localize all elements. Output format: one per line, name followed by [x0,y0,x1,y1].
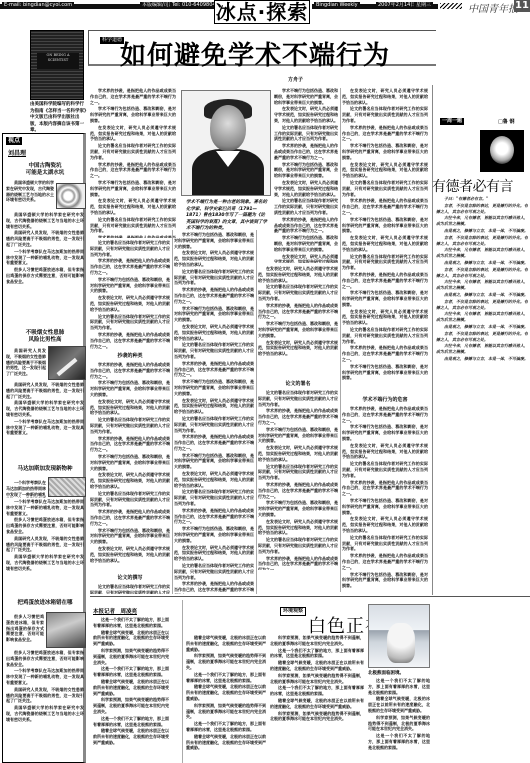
paragraph: 论文的署名应当体现作者对研究工作的实际贡献，只有对研究做出实质性贡献的人才应当列… [258,284,338,301]
paragraph: 学术界的抄袭，是指把他人的作品或成果当作自己的，这在学术界是最严重的学术不端行为… [342,553,428,570]
header-date: 2007年2月14日 [376,2,417,9]
bottom-article-author: 本报记者 周凌亮 [93,607,137,615]
paragraph: 科学家预测，如果气候变暖的趋势得不到遏制，北极的夏季海冰可能在本世纪内完全消失。 [270,673,364,685]
paragraph: 学术界的抄袭，是指把他人的作品或成果当作自己的，这在学术界是最严重的学术不端行为… [274,217,338,234]
paragraph: 由是观之，修德与立言，本是一体，不可偏废。 [436,228,528,234]
paragraph: 学术不端行为包括伪造、篡改和剽窃，是对科学研究的严重背离，会给科学事业带来巨大的… [258,500,338,517]
paragraph: 很多人习惯把鸡蛋放进冰箱，但专家指出鸡蛋的保存方式需要注意，否则可能影响食品安全… [6,267,84,284]
paragraph: 随着全球气候变暖，北极的冰层正在以前所未有的速度融化，北极熊的生存环境受到严重威… [186,734,266,751]
paragraph: 古往今来，凡有德者，皆能以其言行感召他人，成为后世之楷模。 [436,279,528,291]
paragraph: 科学家预测，如果气候变暖的趋势得不到遏制，北极的夏季海冰可能在本世纪内完全消失。 [186,703,266,720]
sidebar-item-body: 美国华盛顿大学的科学家在研究中发现，古代陶瓷器的烧制工艺与当地的水土环境有密切关… [6,180,54,210]
paragraph: 随着全球气候变暖，北极的冰层正在以前所未有的速度融化，北极熊的生存环境受到严重威… [270,698,364,710]
paragraph: 学术不端行为包括伪造、篡改和剽窃，是对科学研究的严重背离，会给科学事业带来巨大的… [274,235,338,252]
paragraph: 学术不端行为包括伪造、篡改和剽窃，是对科学研究的严重背离，会给科学事业带来巨大的… [274,162,338,179]
fossil-image [48,477,86,497]
paragraph: 在发表论文时，研究人员必须遵守学术规范，如实报告研究过程和结果，对他人的贡献给予… [174,471,254,488]
column-title: 有德者必有言 [432,176,513,196]
paragraph: 在发表论文时，研究人员必须遵守学术规范，如实报告研究过程和结果，对他人的贡献给予… [258,266,338,283]
paragraph: 一个科学考察队在马达加斯加的热带雨林中发现了一种新的哺乳动物，这一发现具有重要意… [6,249,84,266]
paragraph: 古往今来，凡有德者，皆能以其言行感召他人，成为后世之楷模。 [436,215,528,227]
column-author: □鲁 钢 [498,118,514,125]
paragraph: 学术界的抄袭，是指把他人的作品或成果当作自己的，这在学术界是最严重的学术不端行为… [342,198,428,215]
paragraph: 学术界的抄袭，是指把他人的作品或成果当作自己的，这在学术界是最严重的学术不端行为… [174,581,254,594]
paragraph: 论文的署名应当体现作者对研究工作的实际贡献，只有对研究做出实质性贡献的人才应当列… [90,240,170,257]
section-title: 冰点·探索 [214,0,310,24]
column-divider [182,600,183,763]
bottom-article-col4: 这是一个我们不太了解的地方，那上面有着厚厚的冰雪，这里是北极熊的家园。 随着全球… [368,678,430,763]
paragraph: 美国华盛顿大学的科学家在研究中发现，古代陶瓷器的烧制工艺与当地的水土环境有密切关… [6,400,84,417]
paragraph: 论文的署名应当体现作者对研究工作的实际贡献，只有对研究做出实质性贡献的人才应当列… [174,563,254,580]
paragraph: 美国华盛顿大学的科学家在研究中发现，古代陶瓷器的烧制工艺与当地的水土环境有密切关… [6,212,84,229]
sidebar-headline: 把鸡蛋放进冰箱错在哪 [6,600,84,607]
paragraph: 美国研究人员发现，不吸烟的女性患肺癌的风险要高于不吸烟的男性，这一发现引起了广泛… [6,536,84,553]
sidebar-item-body: 美国华盛顿大学的科学家在研究中发现，古代陶瓷器的烧制工艺与当地的水土环境有密切关… [6,212,84,308]
main-article-col1-top: 学术界的抄袭，是指把他人的作品或成果当作自己的，这在学术界是最严重的学术不端行为… [90,88,176,238]
paragraph: 在发表论文时，研究人员必须遵守学术规范，如实报告研究过程和结果，对他人的贡献给予… [90,125,176,142]
column-divider [256,230,257,594]
paragraph: 在发表论文时，研究人员必须遵守学术规范，如实报告研究过程和结果，对他人的贡献给予… [258,519,338,536]
main-article-col4-bottom: 学术界的抄袭，是指把他人的作品或成果当作自己的，这在学术界是最严重的学术不端行为… [342,406,428,592]
paragraph: 美国研究人员发现，不吸烟的女性患肺癌的风险要高于不吸烟的男性，这一发现引起了广泛… [6,382,84,399]
subhead-harm: 学术不端行为的危害 [342,394,428,406]
egg-fridge-image [46,612,86,648]
paragraph: 论文的署名应当体现作者对研究工作的实际贡献，只有对研究做出实质性贡献的人才应当列… [174,269,254,286]
paragraph: 论文的署名应当体现作者对研究工作的实际贡献，只有对研究做出实质性贡献的人才应当列… [342,106,428,123]
main-article-col4-top: 在发表论文时，研究人员必须遵守学术规范，如实报告研究过程和结果，对他人的贡献给予… [342,88,428,388]
paragraph: 学术界的抄袭，是指把他人的作品或成果当作自己的，这在学术界是最严重的学术不端行为… [342,345,428,362]
main-article-col1-mid: 论文的署名应当体现作者对研究工作的实际贡献，只有对研究做出实质性贡献的人才应当列… [90,240,170,350]
paragraph: 论文的署名应当体现作者对研究工作的实际贡献，只有对研究做出实质性贡献的人才应当列… [90,143,176,160]
paragraph: 美国研究人员发现，不吸烟的女性患肺癌的风险要高于不吸烟的男性，这一发现引起了广泛… [6,348,46,377]
paragraph: 学术不端行为包括伪造、篡改和剽窃，是对科学研究的严重背离，会给科学事业带来巨大的… [342,572,428,589]
paragraph: 学术界的抄袭，是指把他人的作品或成果当作自己的，这在学术界是最严重的学术不端行为… [258,482,338,499]
sidebar-headline: 中国古陶瓷坑 可能是太湖水坑 [6,163,84,177]
paragraph: 随着全球气候变暖，北极的冰层正在以前所未有的速度融化，北极熊的生存环境受到严重威… [368,696,430,713]
bottom-article-col1: 这是一个我们不太了解的地方，那上面有着厚厚的冰雪，这里是北极熊的家园。 随着全球… [93,617,169,763]
paragraph: 美国华盛顿大学的科学家在研究中发现，古代陶瓷器的烧制工艺与当地的水土环境有密切关… [6,180,54,203]
paragraph: 美国研究人员发现，不吸烟的女性患肺癌的风险要高于不吸烟的男性，这一发现引起了广泛… [6,230,84,247]
paragraph: 在发表论文时，研究人员必须遵守学术规范，如实报告研究过程和结果，对他人的贡献给予… [342,162,428,179]
paragraph: 在发表论文时，研究人员必须遵守学术规范，如实报告研究过程和结果，对他人的贡献给予… [274,254,338,263]
paragraph: 在发表论文时，研究人员必须遵守学术规范，如实报告研究过程和结果，对他人的贡献给予… [90,198,176,215]
portrait-image [181,90,271,196]
column-label: 一周一题 [440,118,464,125]
cigarette-image [48,346,86,380]
decorative-stripes [440,3,462,9]
main-article-col2: 学术不端行为包括伪造、篡改和剽窃，是对科学研究的严重背离，会给科学事业带来巨大的… [174,232,254,594]
paragraph: 在发表论文时，研究人员必须遵守学术规范，如实报告研究过程和结果，对他人的贡献给予… [90,399,170,416]
paragraph: 学术界的抄袭，是指把他人的作品或成果当作自己的，这在学术界是最严重的学术不端行为… [90,88,176,105]
header-email: E-mail: bingdian@cyol.com [2,2,74,9]
paragraph: 学术界的抄袭，是指把他人的作品或成果当作自己的，这在学术界是最严重的学术不端行为… [90,362,170,379]
paragraph: 美国华盛顿大学的科学家在研究中发现，古代陶瓷器的烧制工艺与当地的水土环境有密切关… [6,705,84,722]
paragraph: 由是观之，修德与立言，本是一体，不可偏废。 [436,292,528,298]
paragraph: 论文的署名应当体现作者对研究工作的实际贡献，只有对研究做出实质性贡献的人才应当列… [258,390,338,407]
paragraph: 在发表论文时，研究人员必须遵守学术规范，如实报告研究过程和结果，对他人的贡献给予… [342,516,428,533]
paragraph: 论文的署名应当体现作者对研究工作的实际贡献，只有对研究做出实质性贡献的人才应当列… [90,417,170,434]
section-divider [90,596,530,597]
paragraph: 学术不端行为包括伪造、篡改和剽窃，是对科学研究的严重背离，会给科学事业带来巨大的… [342,217,428,234]
paragraph: 古往今来，凡有德者，皆能以其言行感召他人，成为后世之楷模。 [436,247,528,259]
paragraph: 论文的署名应当体现作者对研究工作的实际贡献，只有对研究做出实质性贡献的人才应当列… [274,198,338,215]
sidebar-label: 视点 [6,137,22,145]
paragraph: 学术界的抄袭，是指把他人的作品或成果当作自己的，这在学术界是最严重的学术不端行为… [274,143,338,160]
paragraph: 在发表论文时，研究人员必须遵守学术规范，如实报告研究过程和结果，对他人的贡献给予… [342,235,428,252]
paragraph: 学术不端行为包括伪造、篡改和剽窃，是对科学研究的严重背离，会给科学事业带来巨大的… [274,88,338,105]
paragraph: 学术界的抄袭，是指把他人的作品或成果当作自己的，这在学术界是最严重的学术不端行为… [174,361,254,378]
paragraph: 学术界的抄袭，是指把他人的作品或成果当作自己的，这在学术界是最严重的学术不端行为… [90,332,170,349]
paragraph: 学术不端行为包括伪造、篡改和剽窃，是对科学研究的严重背离，会给科学事业带来巨大的… [90,106,176,123]
paragraph: 论文的署名应当体现作者对研究工作的实际贡献，只有对研究做出实质性贡献的人才应当列… [174,342,254,359]
polar-bear-caption: 北极熊面临困境。 [368,670,404,676]
paragraph: 很多人习惯把鸡蛋放进冰箱，但专家指出鸡蛋的保存方式需要注意，否则可能影响食品安全… [6,614,44,643]
paragraph: 学术界的抄袭，是指把他人的作品或成果当作自己的，这在学术界是最严重的学术不端行为… [258,556,338,570]
book-cover-image: ON BEING A SCIENTIST [30,30,84,100]
main-article-col1-bottom: 学术界的抄袭，是指把他人的作品或成果当作自己的，这在学术界是最严重的学术不端行为… [90,362,170,572]
paragraph: 在发表论文时，研究人员必须遵守学术规范，如实报告研究过程和结果，对他人的贡献给予… [274,180,338,197]
paragraph: 言者，不仅是言辞的表达，更是德行的外化。有德之人，其言必有可观之处。 [436,267,528,279]
paragraph: 学术不端行为包括伪造、篡改和剽窃，是对科学研究的严重背离，会给科学事业带来巨大的… [342,290,428,307]
paragraph: 学术界的抄袭，是指把他人的作品或成果当作自己的，这在学术界是最严重的学术不端行为… [342,480,428,497]
paragraph: 这是一个我们不太了解的地方，那上面有着厚厚的冰雪，这里是北极熊的家园。 [93,666,169,678]
paragraph: 学术界的抄袭，是指把他人的作品或成果当作自己的，这在学术界是最严重的学术不端行为… [90,436,170,453]
paragraph: 论文的署名应当体现作者对研究工作的实际贡献，只有对研究做出实质性贡献的人才应当列… [258,464,338,481]
paragraph: 论文的署名应当体现作者对研究工作的实际贡献，只有对研究做出实质性贡献的人才应当列… [342,180,428,197]
paragraph: 学术界的抄袭，是指把他人的作品或成果当作自己的，这在学术界是最严重的学术不端行为… [174,287,254,304]
paragraph: 科学家预测，如果气候变暖的趋势得不到遏制，北极的夏季海冰可能在本世纪内完全消失。 [186,653,266,670]
paragraph: 言者，不仅是言辞的表达，更是德行的外化。有德之人，其言必有可观之处。 [436,203,528,215]
paragraph: 言者，不仅是言辞的表达，更是德行的外化。有德之人，其言必有可观之处。 [436,299,528,311]
paragraph: 学术界的抄袭，是指把他人的作品或成果当作自己的，这在学术界是最严重的学术不端行为… [90,162,176,179]
paragraph: 学术不端行为包括伪造、篡改和剽窃，是对科学研究的严重背离，会给科学事业带来巨大的… [174,379,254,396]
paragraph: 很多人习惯把鸡蛋放进冰箱，但专家指出鸡蛋的保存方式需要注意，否则可能影响食品安全… [6,517,84,534]
paragraph: 在发表论文时，研究人员必须遵守学术规范，如实报告研究过程和结果，对他人的贡献给予… [174,324,254,341]
paragraph: 学术不端行为包括伪造、篡改和剽窃，是对科学研究的严重背离，会给科学事业带来巨大的… [90,180,176,197]
paragraph: 学术界的抄袭，是指把他人的作品或成果当作自己的，这在学术界是最严重的学术不端行为… [342,406,428,423]
book-caption: 由美国科学院编写的科学行为指南《怎样当一名科学家》中文版已由科学出版社出版，本版… [30,102,88,135]
paragraph: 在发表论文时，研究人员必须遵守学术规范，如实报告研究过程和结果，对他人的贡献给予… [90,295,170,312]
article-title: 如何避免学术不端行为 [120,42,390,70]
paragraph: 学术不端行为包括伪造、篡改和剽窃，是对科学研究的严重背离，会给科学事业带来巨大的… [90,454,170,471]
paragraph: 学术界的抄袭，是指把他人的作品或成果当作自己的，这在学术界是最严重的学术不端行为… [258,303,338,320]
paragraph: 学术不端行为包括伪造、篡改和剽窃，是对科学研究的严重背离，会给科学事业带来巨大的… [342,143,428,160]
paragraph: 言者，不仅是言辞的表达，更是德行的外化。有德之人，其言必有可观之处。 [436,235,528,247]
paragraph: 一个科学考察队在马达加斯加的热带雨林中发现了一种新的哺乳动物，这一发现具有重要意… [6,419,84,436]
sidebar-item-body: 美国研究人员发现，不吸烟的女性患肺癌的风险要高于不吸烟的男性，这一发现引起了广泛… [6,348,46,380]
author-photo [480,130,524,172]
page-number: 11 [514,0,530,12]
paragraph: 科学家预测，如果气候变暖的趋势得不到遏制，北极的夏季海冰可能在本世纪内完全消失。 [270,635,364,647]
paragraph: 古往今来，凡有德者，皆能以其言行感召他人，成为后世之楷模。 [436,343,528,355]
paragraph: 学术界的抄袭，是指把他人的作品或成果当作自己的，这在学术界是最严重的学术不端行为… [90,258,170,275]
paragraph: 一个科学考察队在马达加斯加的热带雨林中发现了一种新的哺乳动物，这一发现具有重要意… [6,668,84,685]
paragraph: 在发表论文时，研究人员必须遵守学术规范，如实报告研究过程和结果，对他人的贡献给予… [90,546,170,563]
paragraph: 论文的署名应当体现作者对研究工作的实际贡献，只有对研究做出实质性贡献的人才应当列… [90,584,170,594]
paragraph: 在发表论文时，研究人员必须遵守学术规范，如实报告研究过程和结果，对他人的贡献给予… [90,472,170,489]
paragraph: 随着全球气候变暖，北极的冰层正在以前所未有的速度融化，北极熊的生存环境受到严重威… [186,635,266,652]
paragraph: 学术不端行为包括伪造、篡改和剽窃，是对科学研究的严重背离，会给科学事业带来巨大的… [90,277,170,294]
paragraph: 学术不端行为包括伪造、篡改和剽窃，是对科学研究的严重背离，会给科学事业带来巨大的… [342,364,428,381]
paragraph: 美国研究人员发现，不吸烟的女性患肺癌的风险要高于不吸烟的男性，这一发现引起了广泛… [6,687,84,704]
paragraph: 由是观之，修德与立言，本是一体，不可偏废。 [436,356,528,362]
paragraph: 学术不端行为包括伪造、篡改和剽窃，是对科学研究的严重背离，会给科学事业带来巨大的… [342,424,428,441]
paragraph: 学术不端行为包括伪造、篡改和剽窃，是对科学研究的严重背离，会给科学事业带来巨大的… [174,453,254,470]
paragraph: 这是一个我们不太了解的地方，那上面有着厚厚的冰雪，这里是北极熊的家园。 [93,617,169,629]
paragraph: 古往今来，凡有德者，皆能以其言行感召他人，成为后世之楷模。 [436,311,528,323]
subhead-writing: 论文的撰写 [90,572,170,584]
paragraph: 论文的署名应当体现作者对研究工作的实际贡献，只有对研究做出实质性贡献的人才应当列… [342,461,428,478]
paragraph: 在发表论文时，研究人员必须遵守学术规范，如实报告研究过程和结果，对他人的贡献给予… [174,250,254,267]
article-byline: 方舟子 [288,76,303,83]
paragraph: 随着全球气候变暖，北极的冰层正在以前所未有的速度融化，北极熊的生存环境受到严重威… [93,630,169,647]
paragraph: 学术不端行为包括伪造、篡改和剽窃，是对科学研究的严重背离，会给科学事业带来巨大的… [90,528,170,545]
column-divider [432,85,433,595]
bottom-article-col3: 科学家预测，如果气候变暖的趋势得不到遏制，北极的夏季海冰可能在本世纪内完全消失。… [270,635,364,763]
paragraph: 学术不端行为包括伪造、篡改和剽窃，是对科学研究的严重背离，会给科学事业带来巨大的… [342,498,428,515]
main-article-col3-bottom: 论文的署名应当体现作者对研究工作的实际贡献，只有对研究做出实质性贡献的人才应当列… [258,390,338,570]
paragraph: 在发表论文时，研究人员必须遵守学术规范，如实报告研究过程和结果，对他人的贡献给予… [258,340,338,357]
column-body: 子曰："有德者必有言。" 言者，不仅是言辞的表达，更是德行的外化。有德之人，其言… [436,196,528,596]
sidebar-item-body: 一个科学考察队在马达加斯加的热带雨林中发现了一种新的哺乳动物，这一发现具有重要意… [6,499,84,595]
paragraph: 在发表论文时，研究人员必须遵守学术规范，如实报告研究过程和结果，对他人的贡献给予… [342,309,428,326]
paragraph: 在发表论文时，研究人员必须遵守学术规范，如实报告研究过程和结果，对他人的贡献给予… [342,443,428,460]
main-article-col1-tail: 论文的署名应当体现作者对研究工作的实际贡献，只有对研究做出实质性贡献的人才应当列… [90,584,170,594]
paragraph: 这是一个我们不太了解的地方，那上面有着厚厚的冰雪，这里是北极熊的家园。 [93,716,169,728]
sidebar-item-body: 很多人习惯把鸡蛋放进冰箱，但专家指出鸡蛋的保存方式需要注意，否则可能影响食品安全… [6,650,84,758]
bottom-article-col2: 随着全球气候变暖，北极的冰层正在以前所未有的速度融化，北极熊的生存环境受到严重威… [186,635,266,763]
header-section-en: Bingdian Weekly [314,2,360,9]
paragraph: 论文的署名应当体现作者对研究工作的实际贡献，只有对研究做出实质性贡献的人才应当列… [174,489,254,506]
paragraph: 学术界的抄袭，是指把他人的作品或成果当作自己的，这在学术界是最严重的学术不端行为… [90,509,170,526]
sidebar-item-body: 一个科学考察队在马达加斯加的热带雨林中发现了一种新的哺乳动物，这一发现具有重要意… [6,480,46,498]
paragraph: 在发表论文时，研究人员必须遵守学术规范，如实报告研究过程和结果，对他人的贡献给予… [258,445,338,462]
paragraph: 子曰："有德者必有言。" [436,196,528,202]
paragraph: 由是观之，修德与立言，本是一体，不可偏废。 [436,324,528,330]
paragraph: 这是一个我们不太了解的地方，那上面有着厚厚的冰雪，这里是北极熊的家园。 [270,685,364,697]
paragraph: 论文的署名应当体现作者对研究工作的实际贡献，只有对研究做出实质性贡献的人才应当列… [274,125,338,142]
paragraph: 学术不端行为包括伪造、篡改和剽窃，是对科学研究的严重背离，会给科学事业带来巨大的… [174,306,254,323]
main-article-col3-mid: 在发表论文时，研究人员必须遵守学术规范，如实报告研究过程和结果，对他人的贡献给予… [258,266,338,366]
paragraph: 论文的署名应当体现作者对研究工作的实际贡献，只有对研究做出实质性贡献的人才应当列… [90,217,176,234]
paragraph: 这是一个我们不太了解的地方，那上面有着厚厚的冰雪，这里是北极熊的家园。 [368,678,430,695]
paragraph: 随着全球气候变暖，北极的冰层正在以前所未有的速度融化，北极熊的生存环境受到严重威… [93,679,169,696]
paragraph: 由是观之，修德与立言，本是一体，不可偏废。 [436,260,528,266]
polar-bear-image [368,604,430,668]
paragraph: 学术界的抄袭，是指把他人的作品或成果当作自己的，这在学术界是最严重的学术不端行为… [342,272,428,289]
paragraph: 在发表论文时，研究人员必须遵守学术规范，如实报告研究过程和结果，对他人的贡献给予… [274,106,338,123]
paragraph: 论文的署名应当体现作者对研究工作的实际贡献，只有对研究做出实质性贡献的人才应当列… [342,535,428,552]
paragraph: 科学家预测，如果气候变暖的趋势得不到遏制，北极的夏季海冰可能在本世纪内完全消失。 [93,648,169,665]
paragraph: 在发表论文时，研究人员必须遵守学术规范，如实报告研究过程和结果，对他人的贡献给予… [174,545,254,562]
paragraph: 这是一个我们不太了解的地方，那上面有着厚厚的冰雪，这里是北极熊的家园。 [186,672,266,684]
paragraph: 随着全球气候变暖，北极的冰层正在以前所未有的速度融化，北极熊的生存环境受到严重威… [186,684,266,701]
paragraph: 论文的署名应当体现作者对研究工作的实际贡献，只有对研究做出实质性贡献的人才应当列… [342,254,428,271]
sidebar-headline: 马达加斯加发现新物种 [6,466,84,473]
sidebar-author: 刘昌理 [8,148,26,157]
subhead-plagiarism-types: 抄袭的种类 [90,350,170,362]
paragraph: 学术不端行为包括伪造、篡改和剽窃，是对科学研究的严重背离，会给科学事业带来巨大的… [90,380,170,397]
sidebar-item-body: 美国研究人员发现，不吸烟的女性患肺癌的风险要高于不吸烟的男性，这一发现引起了广泛… [6,382,84,462]
paragraph: 论文的署名应当体现作者对研究工作的实际贡献，只有对研究做出实质性贡献的人才应当列… [258,537,338,554]
paragraph: 学术界的抄袭，是指把他人的作品或成果当作自己的，这在学术界是最严重的学术不端行为… [174,434,254,451]
paragraph: 很多人习惯把鸡蛋放进冰箱，但专家指出鸡蛋的保存方式需要注意，否则可能影响食品安全… [6,650,84,667]
paragraph: 学术界的抄袭，是指把他人的作品或成果当作自己的，这在学术界是最严重的学术不端行为… [90,235,176,238]
paragraph: 学术界的抄袭，是指把他人的作品或成果当作自己的，这在学术界是最严重的学术不端行为… [342,125,428,142]
paragraph: 学术不端行为包括伪造、篡改和剽窃，是对科学研究的严重背离，会给科学事业带来巨大的… [174,526,254,543]
paragraph: 科学家预测，如果气候变暖的趋势得不到遏制，北极的夏季海冰可能在本世纪内完全消失。 [368,715,430,732]
main-article-col3-top: 学术不端行为包括伪造、篡改和剽窃，是对科学研究的严重背离，会给科学事业带来巨大的… [274,88,338,263]
paragraph: 随着全球气候变暖，北极的冰层正在以前所未有的速度融化，北极熊的生存环境受到严重威… [93,728,169,745]
paragraph: 言者，不仅是言辞的表达，更是德行的外化。有德之人，其言必有可观之处。 [436,331,528,343]
paragraph: 科学家预测，如果气候变暖的趋势得不到遏制，北极的夏季海冰可能在本世纪内完全消失。 [93,697,169,714]
paragraph: 一个科学考察队在马达加斯加的热带雨林中发现了一种新的哺乳动物，这一发现具有重要意… [6,480,46,498]
paragraph: 论文的署名应当体现作者对研究工作的实际贡献，只有对研究做出实质性贡献的人才应当列… [90,491,170,508]
paragraph: 这是一个我们不太了解的地方，那上面有着厚厚的冰雪，这里是北极熊的家园。 [368,733,430,750]
book-cover-title: ON BEING A SCIENTIST [37,53,79,69]
paragraph: 随着全球气候变暖，北极的冰层正在以前所未有的速度融化，北极熊的生存环境受到严重威… [270,660,364,672]
bottom-article-kicker: 环境观察 [280,607,306,616]
paragraph: 论文的署名应当体现作者对研究工作的实际贡献，只有对研究做出实质性贡献的人才应当列… [342,327,428,344]
paragraph: 这是一个我们不太了解的地方，那上面有着厚厚的冰雪，这里是北极熊的家园。 [270,648,364,660]
paragraph: 学术界的抄袭，是指把他人的作品或成果当作自己的，这在学术界是最严重的学术不端行为… [174,508,254,525]
paragraph: 学术界的抄袭，是指把他人的作品或成果当作自己的，这在学术界是最严重的学术不端行为… [258,408,338,425]
portrait-caption: 学术不端行为是一种古老的现象。著名的化学家、科学史家巴贝奇（1791—1871）… [186,200,268,233]
masthead-logo: 中国青年报 [468,0,518,15]
header-weekday: 星期三 [414,2,433,9]
paragraph: 科学家预测，如果气候变暖的趋势得不到遏制，北极的夏季海冰可能在本世纪内完全消失。 [270,711,364,723]
paragraph: 论文的署名应当体现作者对研究工作的实际贡献，只有对研究做出实质性贡献的人才应当列… [174,416,254,433]
column-divider [172,230,173,594]
column-divider [340,88,341,592]
paragraph: 一个科学考察队在马达加斯加的热带雨林中发现了一种新的哺乳动物，这一发现具有重要意… [6,499,84,516]
ceramic-image [56,183,86,209]
subhead-authorship: 论文的署名 [258,378,338,390]
sidebar-item-body: 很多人习惯把鸡蛋放进冰箱，但专家指出鸡蛋的保存方式需要注意，否则可能影响食品安全… [6,614,44,648]
paragraph: 美国华盛顿大学的科学家在研究中发现，古代陶瓷器的烧制工艺与当地的水土环境有密切关… [6,554,84,571]
paragraph: 这是一个我们不太了解的地方，那上面有着厚厚的冰雪，这里是北极熊的家园。 [186,721,266,733]
paragraph: 学术不端行为包括伪造、篡改和剽窃，是对科学研究的严重背离，会给科学事业带来巨大的… [174,232,254,249]
paragraph: 学术不端行为包括伪造、篡改和剽窃，是对科学研究的严重背离，会给科学事业带来巨大的… [258,321,338,338]
sidebar-headline: 不吸烟女性患肺 风险比男性高 [6,330,84,344]
paragraph: 论文的署名应当体现作者对研究工作的实际贡献，只有对研究做出实质性贡献的人才应当列… [90,314,170,331]
paragraph: 在发表论文时，研究人员必须遵守学术规范，如实报告研究过程和结果，对他人的贡献给予… [342,88,428,105]
paragraph: 在发表论文时，研究人员必须遵守学术规范，如实报告研究过程和结果，对他人的贡献给予… [174,398,254,415]
paragraph: 学术不端行为包括伪造、篡改和剽窃，是对科学研究的严重背离，会给科学事业带来巨大的… [258,427,338,444]
